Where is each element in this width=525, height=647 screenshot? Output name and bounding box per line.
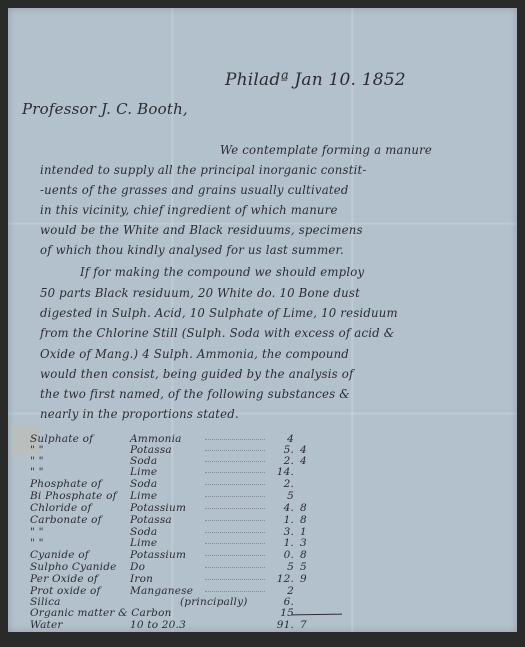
table-row: Sulpho Cyanide Do 5 5 (30, 561, 320, 573)
body-line: the two first named, of the following su… (40, 387, 500, 401)
table-row: Bi Phosphate of Lime 5 (30, 490, 320, 502)
body-line: -uents of the grasses and grains usually… (40, 183, 500, 197)
body-line: would then consist, being guided by the … (40, 367, 500, 381)
table-row: " " Lime 1. 3 (30, 537, 320, 549)
body-line: If for making the compound we should emp… (80, 265, 500, 279)
table-row: Per Oxide of Iron 12. 9 (30, 573, 320, 585)
body-line: digested in Sulph. Acid, 10 Sulphate of … (40, 306, 500, 320)
body-line: from the Chlorine Still (Sulph. Soda wit… (40, 326, 500, 340)
table-row: Phosphate of Soda 2. (30, 478, 320, 490)
letter-dateline: Philadª Jan 10. 1852 (225, 70, 406, 90)
body-line: of which thou kindly analysed for us las… (40, 243, 500, 257)
body-line: would be the White and Black residuums, … (40, 223, 500, 237)
body-line: in this vicinity, chief ingredient of wh… (40, 203, 500, 217)
body-line: Oxide of Mang.) 4 Sulph. Ammonia, the co… (40, 347, 500, 361)
table-row: " " Lime 14. (30, 466, 320, 478)
table-row: Organic matter & Carbon 15 (30, 607, 320, 619)
body-line: 50 parts Black residuum, 20 White do. 10… (40, 286, 500, 300)
body-line: nearly in the proportions stated. (40, 407, 500, 421)
table-row: Carbonate of Potassa 1. 8 (30, 514, 320, 526)
table-row: Water 10 to 20.3 91. 7 (30, 619, 320, 631)
letter-salutation: Professor J. C. Booth, (22, 100, 188, 118)
body-line: intended to supply all the principal ino… (40, 163, 500, 177)
table-row: Cyanide of Potassium 0. 8 (30, 549, 320, 561)
body-line: We contemplate forming a manure (220, 143, 500, 157)
table-row: Chloride of Potassium 4. 8 (30, 502, 320, 514)
